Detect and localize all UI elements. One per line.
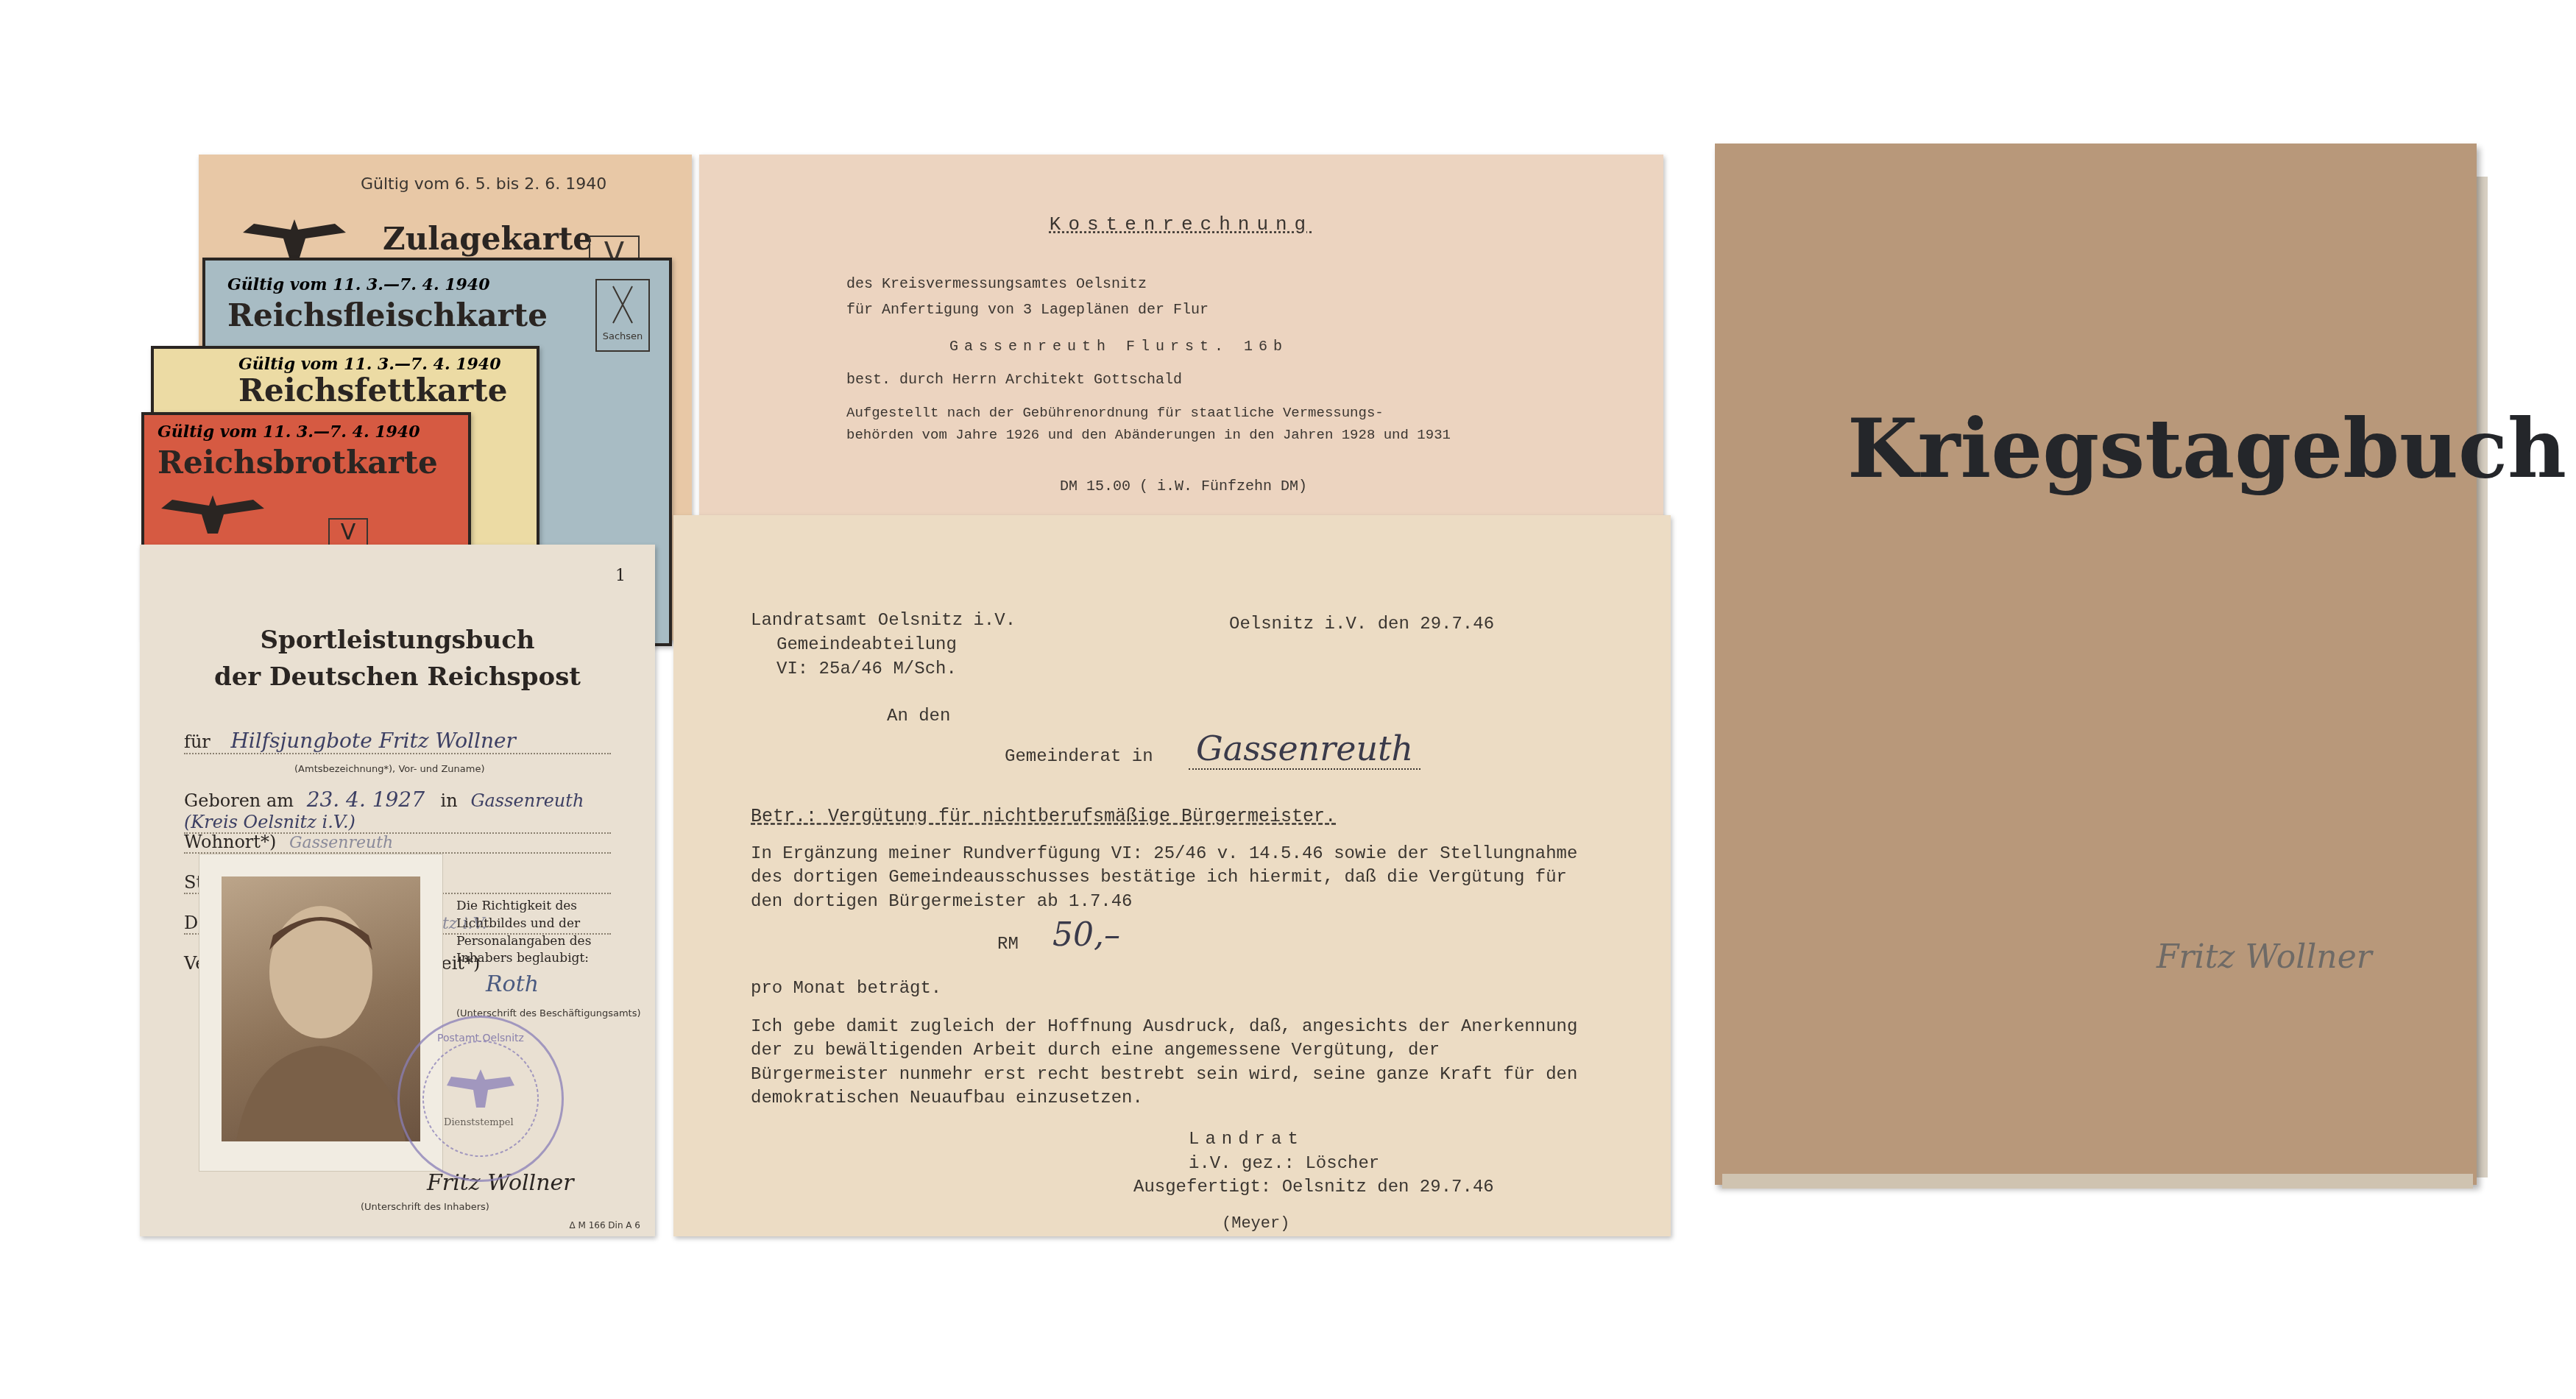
diary-owner-signature: Fritz Wollner: [2156, 938, 2372, 976]
invoice-line: des Kreisvermessungsamtes Oelsnitz: [846, 276, 1147, 293]
diary-page-bottom: [1722, 1174, 2473, 1189]
clerk-name: (Meyer): [1222, 1214, 1289, 1233]
recipient-line: An den: [887, 706, 950, 726]
field-birth: Geboren am 23. 4. 1927 in Gassenreuth (K…: [184, 787, 611, 834]
issued-line: Ausgefertigt: Oelsnitz den 29.7.46: [1133, 1177, 1494, 1197]
page-number: 1: [615, 567, 626, 585]
sender-line: VI: 25a/46 M/Sch.: [776, 659, 957, 679]
holder-caption: (Unterschrift des Inhabers): [361, 1202, 489, 1213]
stamp-label: Dienststempel: [444, 1117, 514, 1128]
validity-text: Gültig vom 11. 3.—7. 4. 1940: [238, 355, 500, 374]
kriegstagebuch-diary: Kriegstagebuch Fritz Wollner: [1715, 144, 2477, 1185]
invoice-title: Kostenrechnung: [699, 213, 1663, 235]
field-caption: (Amtsbezeichnung*), Vor- und Zuname): [294, 764, 485, 775]
invoice-amount: DM 15.00 ( i.W. Fünfzehn DM): [1060, 478, 1307, 495]
sender-line: Landratsamt Oelsnitz i.V.: [751, 611, 1016, 631]
recipient-place: Gassenreuth: [1189, 729, 1420, 770]
place-date: Oelsnitz i.V. den 29.7.46: [1229, 615, 1494, 634]
field-residence: Wohnort*) Gassenreuth: [184, 832, 611, 854]
card-title: Zulagekarte: [383, 221, 592, 257]
diary-title: Kriegstagebuch: [1847, 401, 2566, 496]
certification-text: Die Richtigkeit des Lichtbildes und der …: [456, 898, 626, 968]
invoice-line: behörden vom Jahre 1926 und den Abänderu…: [846, 427, 1451, 443]
validity-text: Gültig vom 11. 3.—7. 4. 1940: [158, 422, 420, 442]
per-month: pro Monat beträgt.: [751, 979, 941, 999]
invoice-line: best. durch Herrn Architekt Gottschald: [846, 372, 1182, 389]
validity-text: Gültig vom 6. 5. bis 2. 6. 1940: [361, 175, 606, 194]
letter-paragraph-1: In Ergänzung meiner Rundverfügung VI: 25…: [751, 843, 1582, 914]
landrat-letter-document: Landratsamt Oelsnitz i.V. Gemeindeabteil…: [673, 515, 1671, 1236]
sportbook-title-line1: Sportleistungsbuch: [140, 626, 655, 655]
official-stamp: Postamt Oelsnitz Dienststempel: [397, 1016, 564, 1182]
invoice-line: Gassenreuth Flurst. 16b: [949, 339, 1288, 355]
portrait-image: [222, 876, 420, 1141]
cost-invoice-document: Kostenrechnung des Kreisvermessungsamtes…: [699, 155, 1663, 537]
closing-title: Landrat: [1189, 1130, 1304, 1150]
letter-paragraph-2: Ich gebe damit zugleich der Hoffnung Aus…: [751, 1016, 1582, 1111]
stamp-text: Postamt Oelsnitz: [400, 1033, 562, 1044]
letter-subject: Betr.: Vergütung für nichtberufsmäßige B…: [751, 806, 1336, 827]
validity-text: Gültig vom 11. 3.—7. 4. 1940: [227, 275, 489, 294]
region-stamp-box: Sachsen: [595, 279, 650, 352]
card-title: Reichsfettkarte: [238, 372, 508, 408]
invoice-line: für Anfertigung von 3 Lageplänen der Flu…: [846, 302, 1209, 319]
card-title: Reichsfleischkarte: [227, 297, 548, 333]
amount-label: RM: [997, 935, 1019, 954]
crossed-swords-icon: [597, 280, 648, 328]
card-title: Reichsbrotkarte: [158, 445, 438, 481]
eagle-emblem-icon: [158, 492, 268, 536]
sender-line: Gemeindeabteilung: [776, 635, 957, 655]
field-name: für Hilfsjungbote Fritz Wollner: [184, 729, 611, 754]
form-code: Δ M 166 Din A 6: [569, 1220, 640, 1230]
amount-handwritten: 50,–: [1052, 916, 1120, 954]
certifier-signature: Roth: [486, 971, 539, 997]
portrait-silhouette-icon: [222, 876, 420, 1141]
recipient-line: Gemeinderat in: [1005, 747, 1153, 767]
sportbook-title-line2: der Deutschen Reichspost: [140, 662, 655, 692]
closing-signed: i.V. gez.: Löscher: [1189, 1154, 1379, 1174]
invoice-line: Aufgestellt nach der Gebührenordnung für…: [846, 405, 1384, 421]
